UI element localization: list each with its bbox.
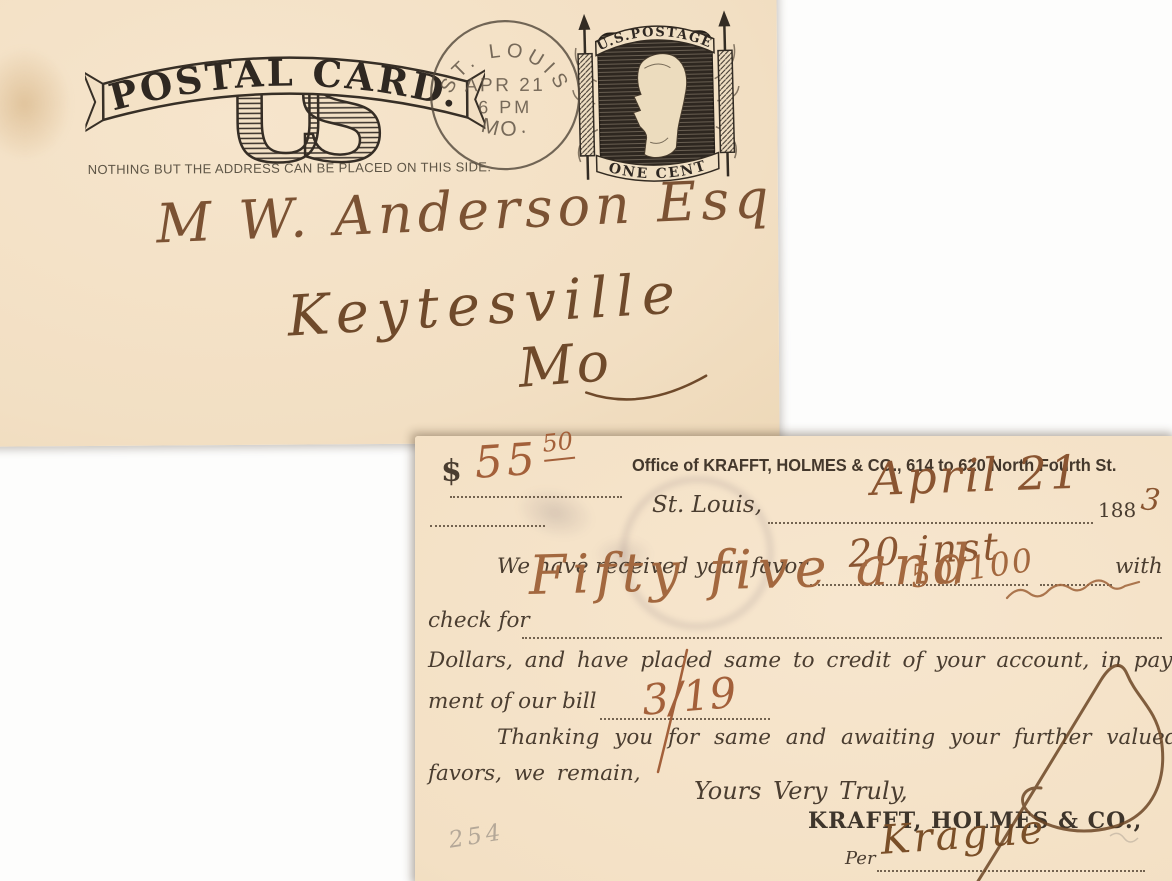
postmark-state: MO. — [479, 113, 533, 141]
bill-line: ment of our bill — [428, 689, 596, 714]
corner-stain — [0, 46, 73, 162]
date-handwritten: April 21 — [870, 445, 1083, 506]
stamp-fasces-right — [717, 10, 735, 176]
check-dotted-line — [522, 637, 1162, 639]
address-line2: Keytesville — [285, 261, 684, 349]
thanking-line: Thanking you for same and awaiting your … — [497, 725, 1172, 750]
postmark-date: APR 21 — [465, 75, 546, 97]
ink-smudge — [510, 478, 600, 547]
dollar-sign: $ — [441, 454, 462, 489]
address-flourish — [582, 368, 712, 413]
favor-dotted-line-2 — [1040, 584, 1112, 586]
amount-dollars-handwritten: 55 — [473, 434, 540, 489]
year-printed: 188 — [1098, 498, 1136, 522]
left-dotted-line-2 — [430, 525, 545, 527]
postmark: ST. LOUIS APR 21 6 PM MO. — [419, 7, 592, 180]
scanned-postcards-photo: US POSTAL CARD. NOTHING BUT THE ADDRESS … — [0, 0, 1172, 881]
year-digit-handwritten: 3 — [1139, 482, 1162, 519]
with-word: with — [1115, 554, 1163, 579]
amount-dotted-line — [450, 496, 622, 498]
amount-cents-handwritten: 50 — [541, 427, 575, 462]
postal-card-front: US POSTAL CARD. NOTHING BUT THE ADDRESS … — [0, 0, 780, 447]
check-label: check for — [428, 608, 530, 633]
ribbon-end-left — [85, 72, 104, 132]
address-line1: M W. Anderson Esq — [155, 167, 775, 256]
dollars-line: Dollars, and have placed same to credit … — [428, 648, 1172, 673]
city-printed: St. Louis, — [652, 492, 762, 518]
favors-line: favors, we remain, — [428, 761, 641, 786]
per-label: Per — [845, 848, 876, 869]
bill-number-handwritten: 3/19 — [640, 668, 738, 725]
per-dotted-line — [877, 870, 1145, 872]
pencil-scribble — [1110, 833, 1138, 842]
date-dotted-line — [768, 522, 1093, 524]
pencil-number: 254 — [447, 819, 506, 853]
receipt-card-back: $ 55 50 Office of KRAFFT, HOLMES & CO., … — [415, 436, 1172, 881]
closing-line: Yours Very Truly, — [694, 777, 908, 805]
